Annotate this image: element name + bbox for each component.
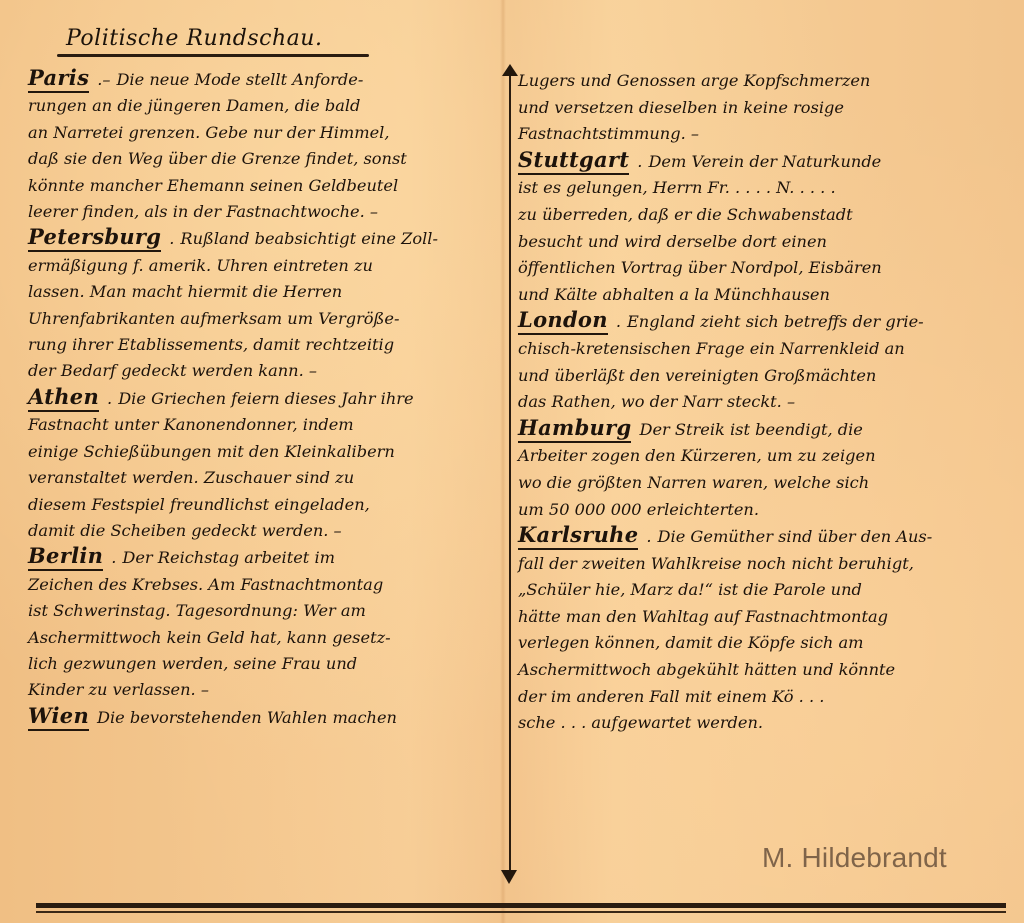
column-divider: [509, 72, 511, 878]
news-entry-hamburg: HamburgDer Streik ist beendigt, die Arbe…: [518, 416, 998, 523]
news-entry-wien: WienDie bevorstehenden Wahlen machen: [28, 704, 498, 731]
entry-line: das Rathen, wo der Narr steckt. –: [518, 392, 795, 411]
place-heading: Petersburg: [28, 225, 161, 252]
entry-line: der im anderen Fall mit einem Kö . . .: [518, 687, 824, 706]
heading-separator: .: [646, 527, 651, 546]
entry-line: wo die größten Narren waren, welche sich: [518, 473, 869, 492]
entry-line: verlegen können, damit die Köpfe sich am: [518, 633, 864, 652]
entry-line: Die Gemüther sind über den Aus-: [658, 527, 933, 546]
entry-line: rungen an die jüngeren Damen, die bald: [28, 96, 360, 115]
entry-line: Fastnacht unter Kanonendonner, indem: [28, 415, 354, 434]
place-heading: Stuttgart: [518, 148, 629, 175]
entry-line: fall der zweiten Wahlkreise noch nicht b…: [518, 554, 914, 573]
entry-line: an Narretei grenzen. Gebe nur der Himmel…: [28, 123, 389, 142]
entry-line: der Bedarf gedeckt werden kann. –: [28, 361, 317, 380]
news-entry-karlsruhe: Karlsruhe.Die Gemüther sind über den Aus…: [518, 523, 998, 737]
entry-line: damit die Scheiben gedeckt werden. –: [28, 521, 342, 540]
entry-line: und überläßt den vereinigten Großmächten: [518, 366, 876, 385]
entry-line: Die Griechen feiern dieses Jahr ihre: [118, 389, 413, 408]
arrow-down-icon: [501, 870, 517, 884]
place-heading: Karlsruhe: [518, 523, 638, 550]
entry-line: Zeichen des Krebses. Am Fastnachtmontag: [28, 575, 383, 594]
right-column: Lugers und Genossen arge Kopfschmerzen u…: [518, 68, 998, 737]
entry-line: Der Reichstag arbeitet im: [122, 548, 335, 567]
entry-line: Der Streik ist beendigt, die: [639, 420, 862, 439]
entry-line: besucht und wird derselbe dort einen: [518, 232, 827, 251]
entry-line: Aschermittwoch kein Geld hat, kann geset…: [28, 628, 391, 647]
entry-line: einige Schießübungen mit den Kleinkalibe…: [28, 442, 395, 461]
left-column: Paris.–Die neue Mode stellt Anforde- run…: [28, 66, 498, 731]
entry-line: Lugers und Genossen arge Kopfschmerzen: [518, 71, 870, 90]
page-title: Politische Rundschau.: [66, 26, 322, 51]
title-underline: [57, 54, 369, 57]
entry-line: um 50 000 000 erleichterten.: [518, 500, 759, 519]
entry-line: und Kälte abhalten a la Münchhausen: [518, 285, 830, 304]
entry-line: Dem Verein der Naturkunde: [648, 152, 881, 171]
entry-line: England zieht sich betreffs der grie-: [627, 312, 924, 331]
entry-line: leerer finden, als in der Fastnachtwoche…: [28, 202, 378, 221]
heading-separator: .: [111, 548, 116, 567]
entry-line: ermäßigung f. amerik. Uhren eintreten zu: [28, 256, 373, 275]
entry-line: lich gezwungen werden, seine Frau und: [28, 654, 357, 673]
entry-line: zu überreden, daß er die Schwabenstadt: [518, 205, 853, 224]
entry-line: Die bevorstehenden Wahlen machen: [97, 708, 397, 727]
entry-line: Arbeiter zogen den Kürzeren, um zu zeige…: [518, 446, 876, 465]
entry-line: daß sie den Weg über die Grenze findet, …: [28, 149, 407, 168]
entry-line: chisch-kretensischen Frage ein Narrenkle…: [518, 339, 905, 358]
entry-line: veranstaltet werden. Zuschauer sind zu: [28, 468, 354, 487]
heading-separator: .: [637, 152, 642, 171]
news-entry-stuttgart: Stuttgart.Dem Verein der Naturkunde ist …: [518, 148, 998, 309]
news-entry-paris: Paris.–Die neue Mode stellt Anforde- run…: [28, 66, 498, 225]
entry-line: öffentlichen Vortrag über Nordpol, Eisbä…: [518, 258, 882, 277]
place-heading: Athen: [28, 385, 99, 412]
heading-separator: .: [169, 229, 174, 248]
entry-line: sche . . . aufgewartet werden.: [518, 713, 763, 732]
heading-separator: .: [616, 312, 621, 331]
entry-line: Aschermittwoch abgekühlt hätten und könn…: [518, 660, 895, 679]
news-entry-wien-continued: Lugers und Genossen arge Kopfschmerzen u…: [518, 68, 998, 148]
news-entry-athen: Athen.Die Griechen feiern dieses Jahr ih…: [28, 385, 498, 544]
arrow-up-icon: [502, 64, 518, 76]
news-entry-london: London.England zieht sich betreffs der g…: [518, 308, 998, 415]
place-heading: Wien: [28, 704, 89, 731]
place-heading: Hamburg: [518, 416, 631, 443]
page-fold: [500, 0, 506, 923]
heading-separator: .–: [97, 70, 110, 89]
newspaper-page: Politische Rundschau. Paris.–Die neue Mo…: [0, 0, 1024, 923]
bottom-rule: [36, 903, 1006, 908]
entry-line: Rußland beabsichtigt eine Zoll-: [180, 229, 438, 248]
place-heading: London: [518, 308, 608, 335]
news-entry-petersburg: Petersburg.Rußland beabsichtigt eine Zol…: [28, 225, 498, 384]
bottom-rule-thin: [36, 911, 1006, 913]
heading-separator: .: [107, 389, 112, 408]
entry-line: hätte man den Wahltag auf Fastnachtmonta…: [518, 607, 888, 626]
place-heading: Berlin: [28, 544, 103, 571]
entry-line: Kinder zu verlassen. –: [28, 680, 209, 699]
entry-line: und versetzen dieselben in keine rosige: [518, 98, 844, 117]
watermark: M. Hildebrandt: [762, 842, 947, 874]
entry-line: diesem Festspiel freundlichst eingeladen…: [28, 495, 370, 514]
entry-line: ist Schwerinstag. Tagesordnung: Wer am: [28, 601, 366, 620]
news-entry-berlin: Berlin.Der Reichstag arbeitet im Zeichen…: [28, 544, 498, 703]
entry-line: „Schüler hie, Marz da!“ ist die Parole u…: [518, 580, 862, 599]
entry-line: Uhrenfabrikanten aufmerksam um Vergröße-: [28, 309, 399, 328]
entry-line: Die neue Mode stellt Anforde-: [116, 70, 363, 89]
entry-line: könnte mancher Ehemann seinen Geldbeutel: [28, 176, 398, 195]
entry-line: lassen. Man macht hiermit die Herren: [28, 282, 342, 301]
entry-line: rung ihrer Etablissements, damit rechtze…: [28, 335, 394, 354]
place-heading: Paris: [28, 66, 89, 93]
entry-line: Fastnachtstimmung. –: [518, 124, 699, 143]
entry-line: ist es gelungen, Herrn Fr. . . . . N. . …: [518, 178, 836, 197]
